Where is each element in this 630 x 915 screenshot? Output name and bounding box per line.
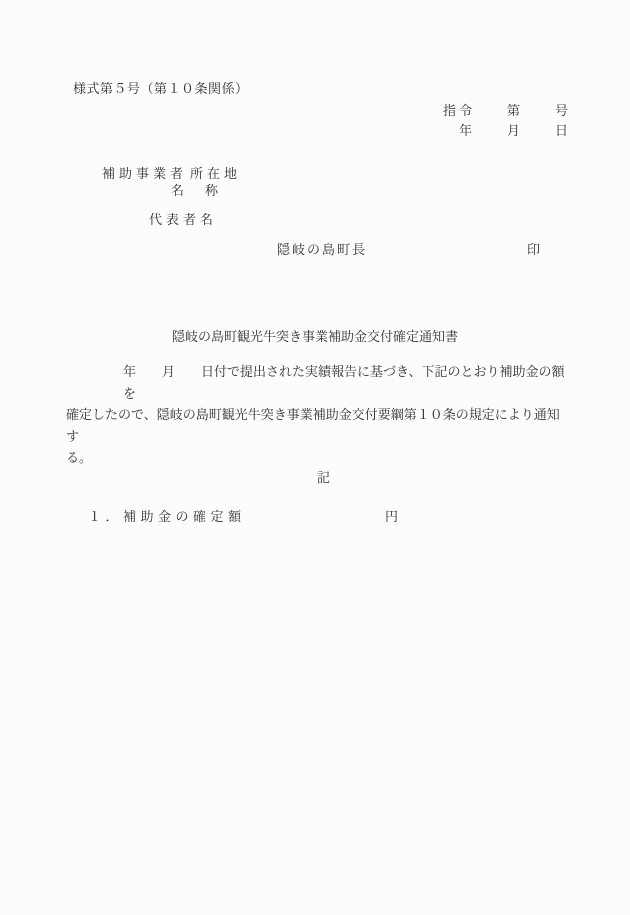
seal-mark: 印 (527, 243, 540, 256)
body-line: る。 (66, 447, 571, 469)
body-paragraph: 年 月 日付で提出された実績報告に基づき、下記のとおり補助金の額を 確定したので… (66, 361, 571, 469)
item-unit: 円 (385, 510, 398, 523)
body-line: 確定したので、隠岐の島町観光牛突き事業補助金交付要綱第１０条の規定により通知す (66, 404, 571, 447)
mayor-name: 隠岐の島町長 (277, 243, 367, 256)
issue-date-line: 年 月 日 (459, 124, 571, 137)
directive-number-line: 指令 第 号 (443, 104, 571, 117)
note-heading: 記 (317, 471, 330, 484)
item-label: １．補助金の確定額 (88, 510, 246, 523)
applicant-representative-label: 代表者名 (149, 213, 217, 226)
body-line: 年 月 日付で提出された実績報告に基づき、下記のとおり補助金の額を (66, 361, 571, 404)
applicant-label: 補助事業者 (102, 166, 187, 181)
applicant-name-label: 名 称 (171, 184, 222, 197)
document-title: 隠岐の島町観光牛突き事業補助金交付確定通知書 (0, 330, 630, 343)
issuer-row: 隠岐の島町長 印 (0, 243, 630, 259)
applicant-address-label: 所在地 (190, 166, 241, 181)
document-page: 様式第５号（第１０条関係） 指令 第 号 年 月 日 補助事業者所在地 名 称 … (0, 0, 630, 915)
item-row: １．補助金の確定額 円 (0, 510, 630, 526)
form-number: 様式第５号（第１０条関係） (73, 82, 249, 95)
